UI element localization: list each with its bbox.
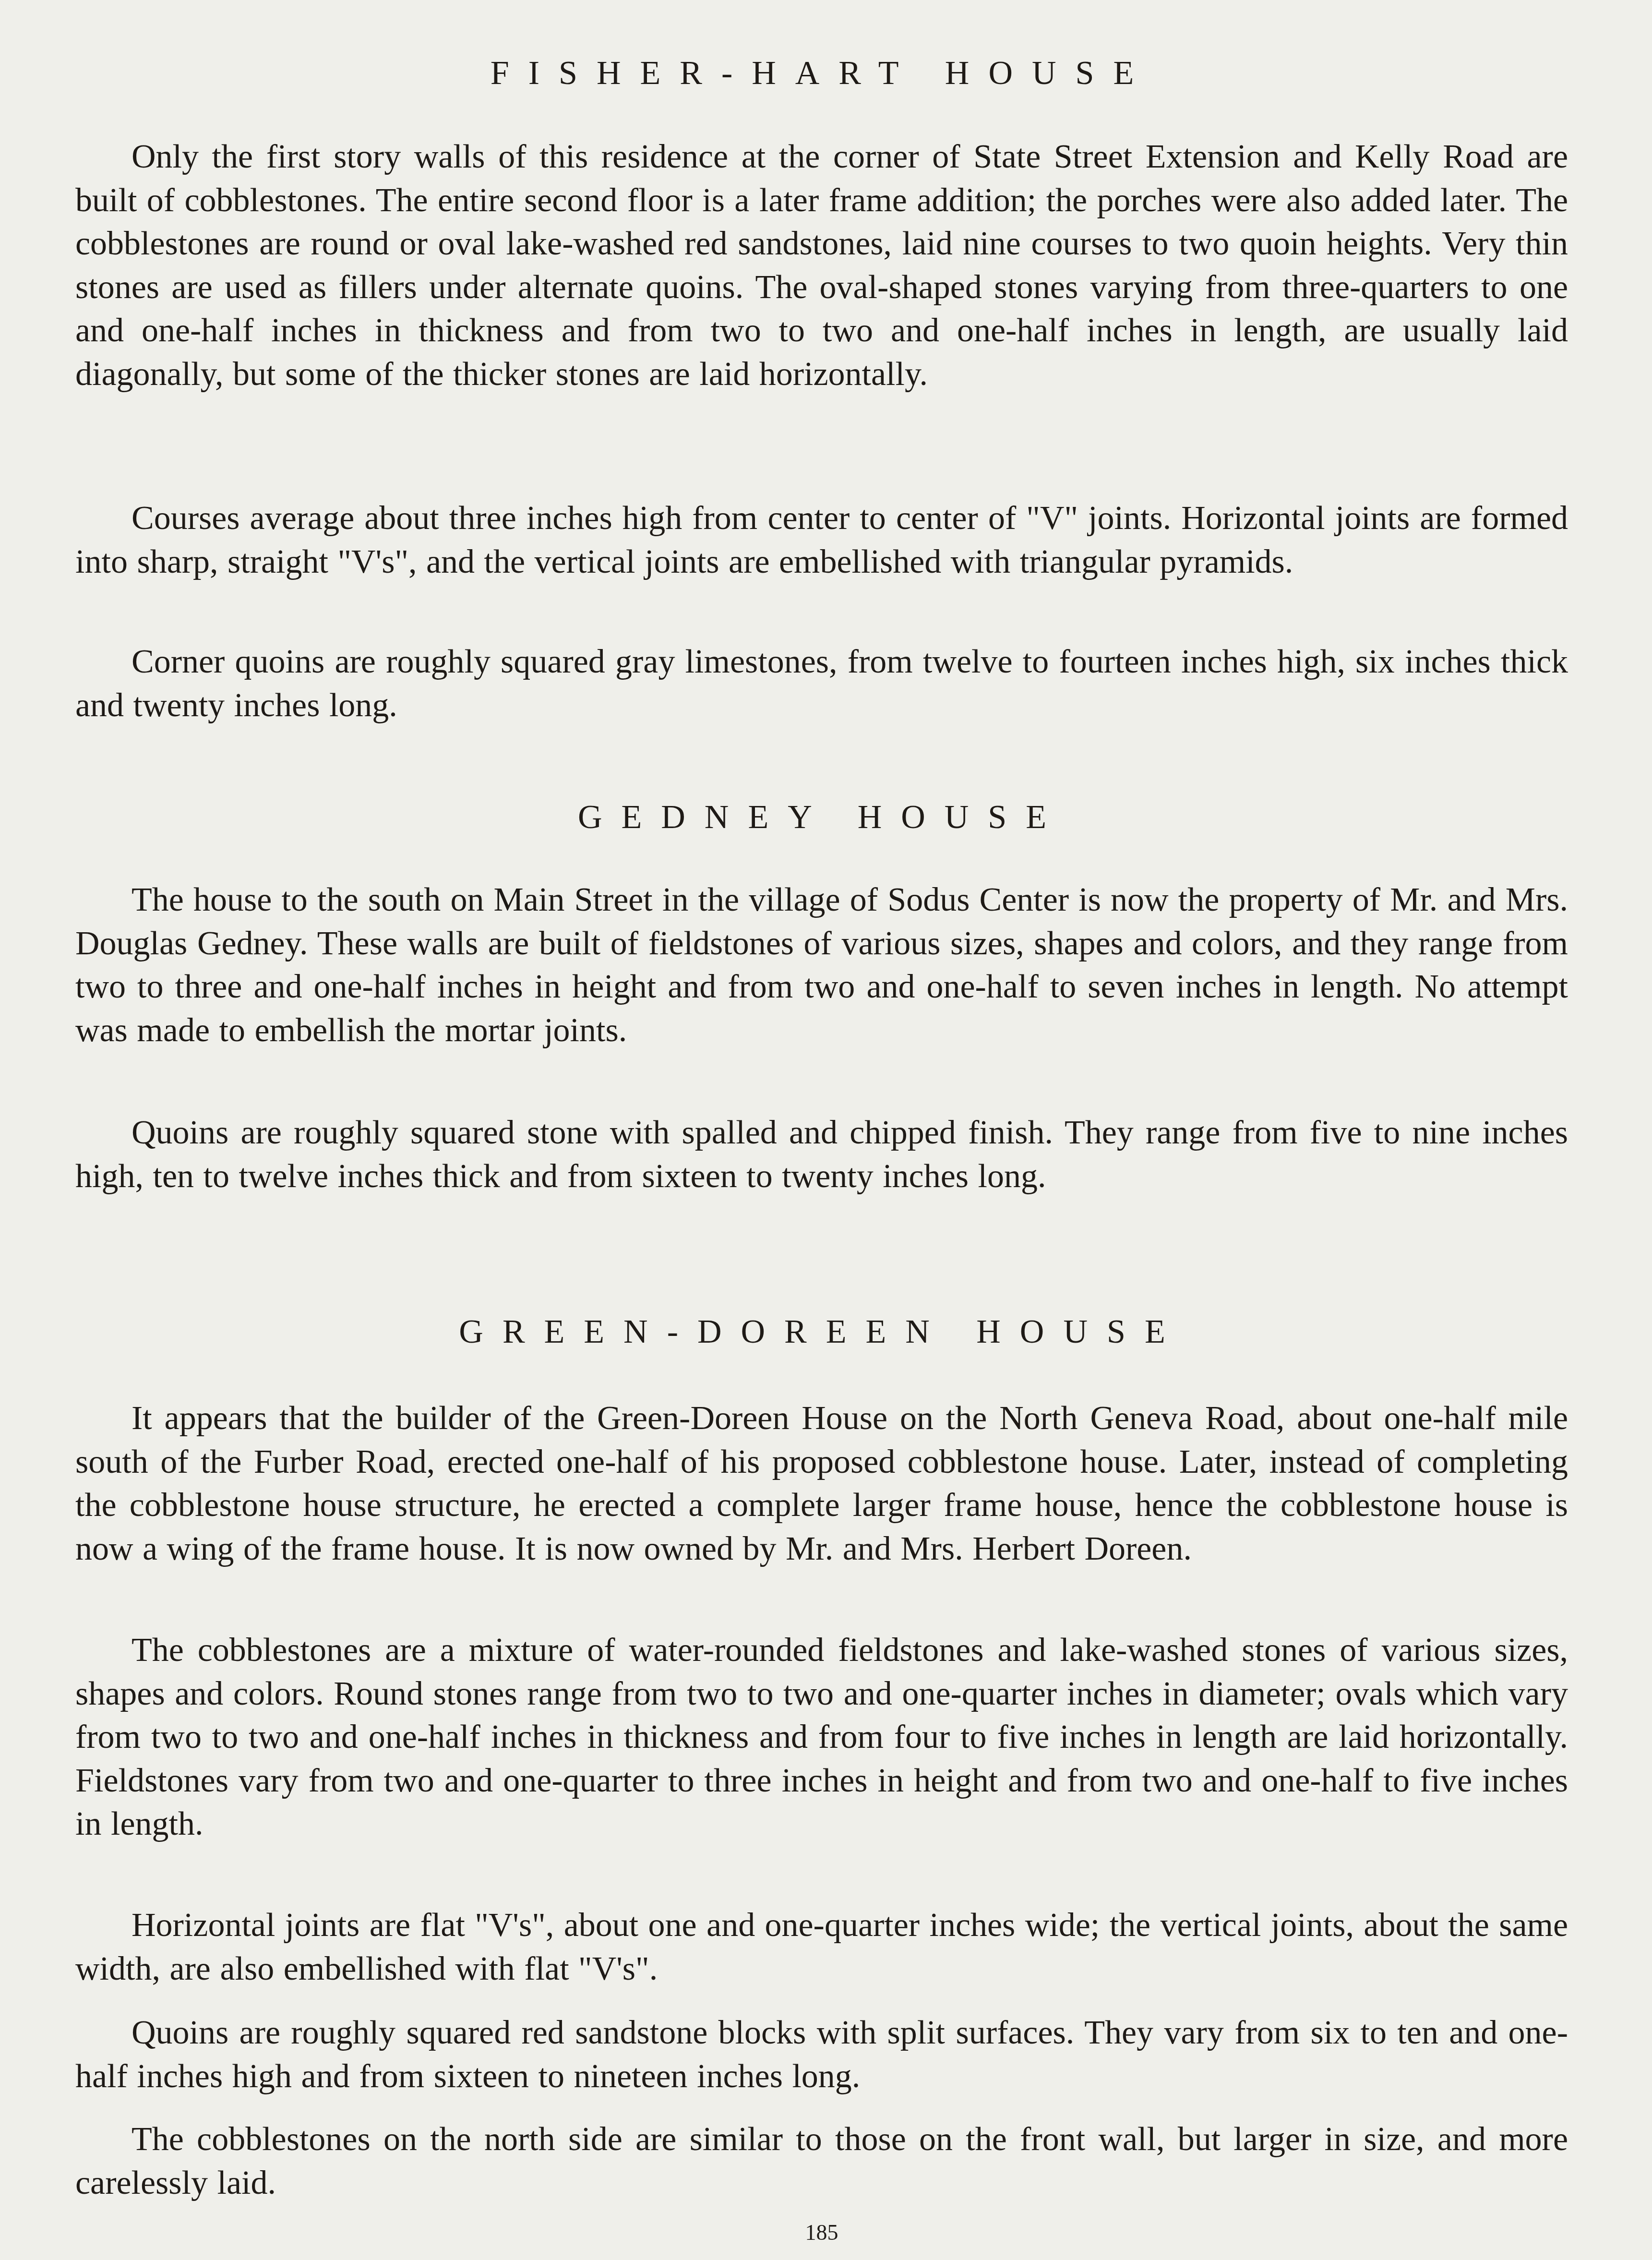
paragraph-green-doreen-1: It appears that the builder of the Green… — [75, 1397, 1568, 1571]
paragraph-fisher-hart-1: Only the first story walls of this resid… — [75, 135, 1568, 396]
paragraph-fisher-hart-2: Courses average about three inches high … — [75, 497, 1568, 584]
paragraph-green-doreen-3: Horizontal joints are flat "V's", about … — [75, 1904, 1568, 1991]
paragraph-fisher-hart-3: Corner quoins are roughly squared gray l… — [75, 640, 1568, 727]
section-heading-gedney: GEDNEY HOUSE — [75, 801, 1568, 834]
section-heading-fisher-hart: FISHER-HART HOUSE — [75, 57, 1568, 90]
paragraph-gedney-1: The house to the south on Main Street in… — [75, 878, 1568, 1052]
paragraph-green-doreen-5: The cobblestones on the north side are s… — [75, 2118, 1568, 2205]
paragraph-gedney-2: Quoins are roughly squared stone with sp… — [75, 1111, 1568, 1198]
paragraph-green-doreen-2: The cobblestones are a mixture of water-… — [75, 1629, 1568, 1846]
page-number: 185 — [75, 2222, 1568, 2244]
paragraph-green-doreen-4: Quoins are roughly squared red sandstone… — [75, 2011, 1568, 2098]
section-heading-green-doreen: GREEN-DOREEN HOUSE — [75, 1315, 1568, 1349]
